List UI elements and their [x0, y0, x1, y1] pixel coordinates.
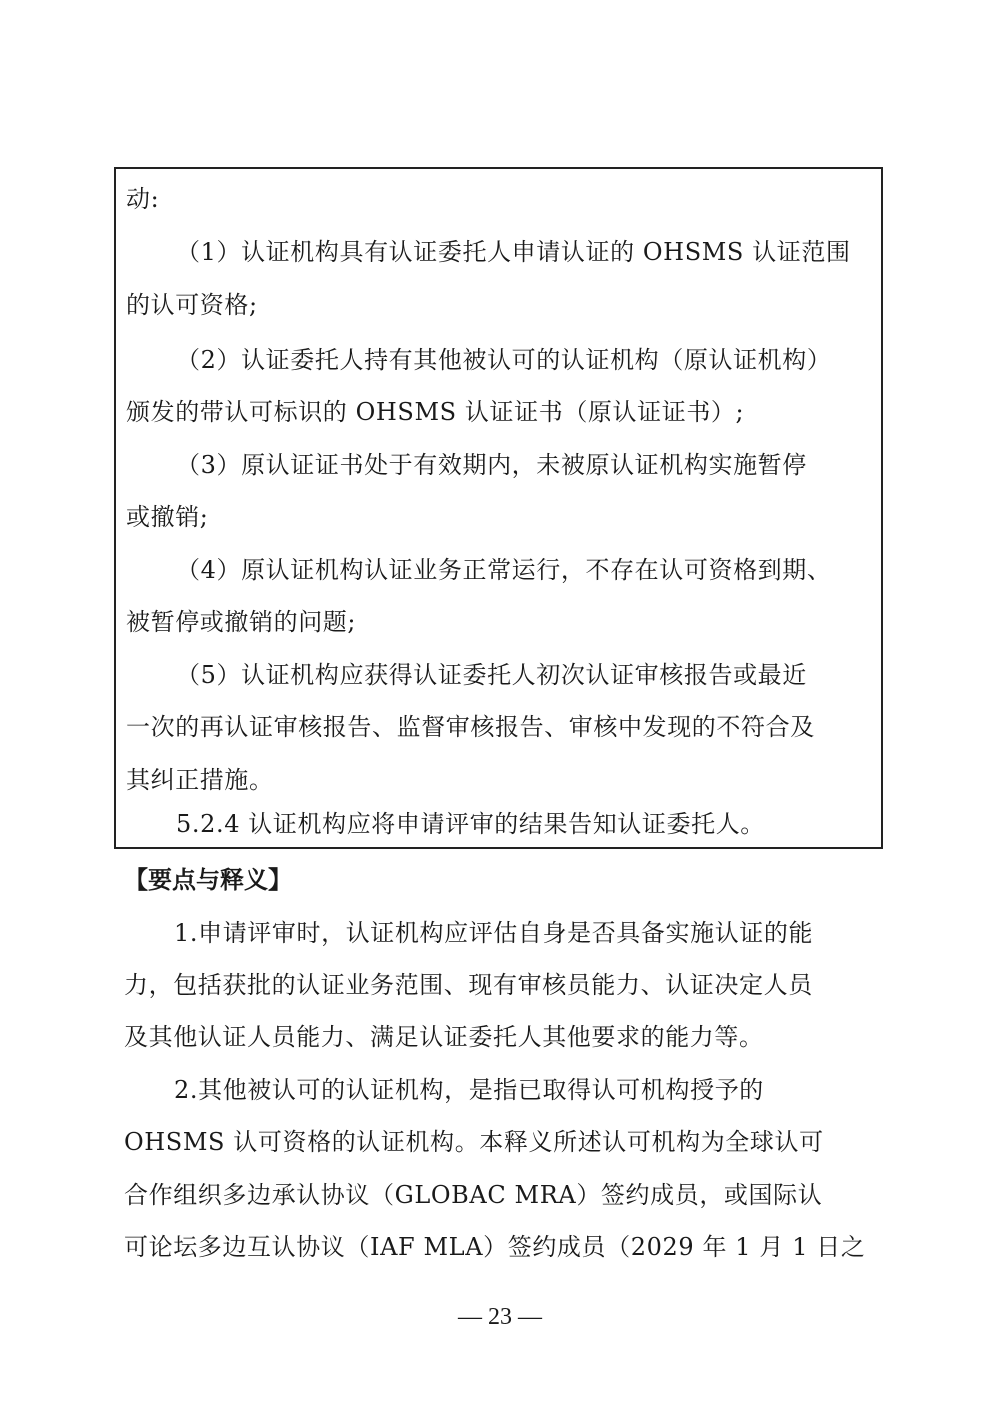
- paragraph-2-line: 可论坛多边互认协议（IAF MLA）签约成员（2029 年 1 月 1 日之: [124, 1232, 866, 1262]
- box-line-item-2: （2）认证委托人持有其他被认可的认证机构（原认证机构）: [126, 345, 831, 375]
- box-line-item-5: （5）认证机构应获得认证委托人初次认证审核报告或最近: [126, 660, 807, 690]
- box-line: 的认可资格;: [126, 290, 258, 320]
- page-number: — 23 —: [0, 1302, 1000, 1332]
- paragraph-1-line: 1.申请评审时，认证机构应评估自身是否具备实施认证的能: [124, 918, 813, 948]
- box-line: 动:: [126, 184, 159, 214]
- box-line: 被暂停或撤销的问题;: [126, 607, 356, 637]
- clause-5-2-4: 5.2.4 认证机构应将申请评审的结果告知认证委托人。: [126, 809, 765, 839]
- box-line: 其纠正措施。: [126, 765, 274, 795]
- box-line: 颁发的带认可标识的 OHSMS 认证证书（原认证证书）;: [126, 397, 744, 427]
- box-line-item-3: （3）原认证证书处于有效期内，未被原认证机构实施暂停: [126, 450, 807, 480]
- paragraph-1-line: 力，包括获批的认证业务范围、现有审核员能力、认证决定人员: [124, 970, 813, 1000]
- box-line-item-1: （1）认证机构具有认证委托人申请认证的 OHSMS 认证范围: [126, 237, 851, 267]
- document-page: 动: （1）认证机构具有认证委托人申请认证的 OHSMS 认证范围 的认可资格;…: [0, 0, 1000, 1414]
- box-line: 或撤销;: [126, 502, 209, 532]
- standard-text-box: 动: （1）认证机构具有认证委托人申请认证的 OHSMS 认证范围 的认可资格;…: [114, 167, 883, 849]
- paragraph-1-line: 及其他认证人员能力、满足认证委托人其他要求的能力等。: [124, 1022, 764, 1052]
- paragraph-2-line: 2.其他被认可的认证机构，是指已取得认可机构授予的: [124, 1075, 764, 1105]
- paragraph-2-line: 合作组织多边承认协议（GLOBAC MRA）签约成员，或国际认: [124, 1180, 822, 1210]
- section-heading: 【要点与释义】: [124, 865, 292, 895]
- paragraph-2-line: OHSMS 认可资格的认证机构。本释义所述认可机构为全球认可: [124, 1127, 824, 1157]
- box-line: 一次的再认证审核报告、监督审核报告、审核中发现的不符合及: [126, 712, 815, 742]
- box-line-item-4: （4）原认证机构认证业务正常运行，不存在认可资格到期、: [126, 555, 831, 585]
